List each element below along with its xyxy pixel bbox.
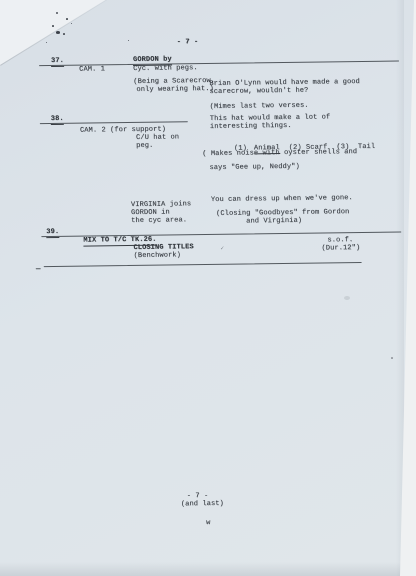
stray-type-mark: w (206, 519, 210, 527)
shot-38-line2: peg. (136, 142, 153, 150)
dialogue-37-line2: scarecrow, wouldn't he? (209, 87, 308, 96)
dialogue-virginia: You can dress up when we've gone. (211, 194, 353, 204)
shot-subject-37: Cyc. with pegs. (133, 64, 198, 73)
note-virginia-line2: and Virginia) (246, 217, 302, 226)
page-number-top: - 7 - (177, 38, 199, 46)
dialogue-38-line2: interesting things. (210, 122, 292, 131)
shot-38-line1: C/U hat on (136, 133, 179, 142)
page-last-note: (and last) (181, 500, 224, 509)
page-edge-shadow-bottom (0, 562, 416, 576)
closing-titles-sub: (Benchwork) (134, 251, 181, 260)
camera-37: CAM. 1 (79, 65, 105, 73)
action-virginia-line3: the cyc area. (131, 216, 187, 225)
note-37: (Mimes last two verses. (210, 102, 309, 111)
duration: (Dur.12") (321, 244, 360, 253)
action-37-line2: only wearing hat.) (136, 85, 214, 94)
note-38-line2: says "Gee up, Neddy") (209, 163, 299, 172)
pencil-tick-mark: ✓ (220, 245, 224, 253)
rule-bottom (44, 262, 362, 267)
typewritten-content: - 7 - 37. GORDON by CAM. 1 Cyc. with peg… (0, 0, 416, 576)
scanned-page: - 7 - 37. GORDON by CAM. 1 Cyc. with peg… (0, 0, 416, 576)
page-edge-shadow-right (396, 0, 404, 576)
rule-bottom-dash (36, 268, 41, 269)
